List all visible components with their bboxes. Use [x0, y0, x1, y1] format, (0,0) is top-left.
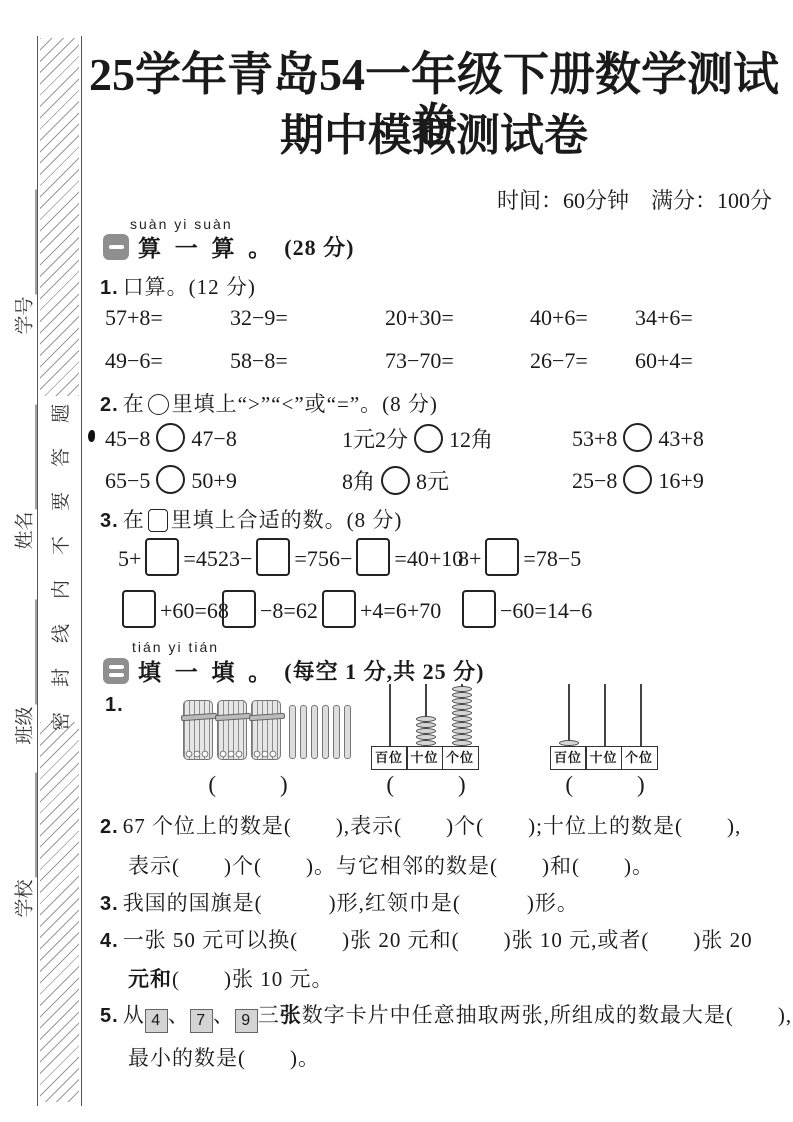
compare-item: 65−550+9 — [105, 465, 342, 496]
seal-band-char: 不 — [46, 526, 73, 565]
abacus-rod — [604, 684, 606, 746]
pre-text: 56− — [318, 546, 352, 571]
bundle-tie — [215, 713, 251, 721]
section2-points: (每空 1 分,共 25 分) — [284, 655, 484, 686]
right-expression: 43+8 — [658, 426, 703, 451]
seal-band-hatch-top — [40, 38, 79, 396]
question-number: 1. — [100, 277, 119, 299]
abacus-bead-stack — [416, 716, 436, 746]
pre-text: 5+ — [118, 546, 141, 571]
section2-header: 填 一 填 。 (每空 1 分,共 25 分) — [103, 654, 484, 687]
field-class: 班级 — [13, 580, 37, 745]
single-stick — [344, 705, 351, 759]
s2-q3-line1: 3.我国的国旗是( )形,红领巾是( )形。 — [100, 887, 579, 917]
field-label: 学校 — [10, 879, 37, 917]
field-label: 学号 — [10, 296, 37, 334]
post-text: =78−5 — [523, 546, 581, 571]
fill-box-item: 23−=7 — [218, 538, 318, 576]
question-text: ( )张 10 元。 — [172, 967, 334, 991]
section2-number-badge — [103, 658, 129, 684]
answer-blank: ( ) — [381, 766, 477, 799]
question-text: 我国的国旗是( )形,红领巾是( )形。 — [123, 891, 579, 915]
left-expression: 8角 — [342, 469, 375, 494]
right-expression: 16+9 — [658, 468, 703, 493]
compare-item: 1元2分12角 — [342, 423, 572, 454]
stick-bundle — [217, 700, 247, 760]
write-line — [30, 599, 37, 704]
fill-box-icon — [356, 538, 390, 576]
bundle-stick-ends — [219, 750, 243, 758]
expression: 40+6= — [530, 305, 635, 331]
expression: 73−70= — [385, 348, 530, 374]
question-text: 口算。(12 分) — [123, 275, 256, 299]
question-text: 三 — [258, 1003, 280, 1027]
compare-item: 8角8元 — [342, 465, 572, 496]
place-value-abacus-2: 百位十位个位 — [551, 684, 661, 770]
badge-bar — [109, 665, 124, 669]
seal-band-char: 题 — [46, 394, 73, 433]
abacus-bead-stack — [559, 740, 579, 746]
abacus-rod — [640, 684, 642, 746]
fill-box-icon — [256, 538, 290, 576]
badge-bar — [109, 673, 124, 677]
s1-q3-row2: +60=68−8=62+4=6+70−60=14−6 — [118, 590, 793, 628]
abacus-bead — [559, 740, 579, 746]
compare-circle-icon — [381, 466, 410, 495]
post-text: −60=14−6 — [500, 598, 592, 623]
field-student-id: 学号 — [13, 170, 37, 335]
s2-q5-line2: 最小的数是( )。 — [128, 1042, 320, 1072]
write-line — [30, 404, 37, 509]
section1-number-badge — [103, 234, 129, 260]
left-expression: 1元2分 — [342, 427, 408, 452]
fill-box-item: 5+=45 — [118, 538, 218, 576]
section2-pinyin: tián yi tián — [132, 639, 219, 655]
single-stick — [322, 705, 329, 759]
s1-q3-prompt: 3.在里填上合适的数。(8 分) — [100, 504, 402, 534]
fill-box-icon — [122, 590, 156, 628]
question-text: 一张 50 元可以换( )张 20 元和( )张 10 元,或者( )张 20 — [123, 928, 753, 952]
section1-title: 算 一 算 。 — [138, 230, 275, 263]
expression: 26−7= — [530, 348, 635, 374]
question-text: 表示( )个( )。与它相邻的数是( )和( )。 — [128, 854, 654, 878]
seal-band-left-line — [37, 36, 38, 1106]
field-label: 班级 — [10, 706, 37, 744]
digit-card: 9 — [235, 1009, 258, 1033]
post-text: =45 — [183, 546, 217, 571]
compare-circle-icon — [148, 394, 169, 415]
single-stick — [289, 705, 296, 759]
s2-q5-line1: 5.从4、7、9三张数字卡片中任意抽取两张,所组成的数最大是( ), — [100, 999, 792, 1033]
digit-card: 7 — [190, 1009, 213, 1033]
expression: 20+30= — [385, 305, 530, 331]
fill-box-icon — [322, 590, 356, 628]
question-number: 5. — [100, 1005, 119, 1027]
s2-q4-line1: 4.一张 50 元可以换( )张 20 元和( )张 10 元,或者( )张 2… — [100, 924, 753, 954]
section1-header: 算 一 算 。 (28 分) — [103, 230, 354, 263]
fill-box-item: +4=6+70 — [318, 590, 458, 628]
compare-circle-icon — [623, 465, 652, 494]
right-expression: 50+9 — [191, 468, 236, 493]
expression: 60+4= — [635, 348, 693, 374]
single-stick — [333, 705, 340, 759]
separator: 、 — [213, 1003, 235, 1027]
question-number: 2. — [100, 816, 119, 838]
compare-circle-icon — [623, 423, 652, 452]
digit-card: 4 — [145, 1009, 168, 1033]
expression: 34+6= — [635, 305, 693, 331]
badge-bar — [109, 245, 124, 249]
field-school: 学校 — [13, 753, 37, 918]
question-number: 4. — [100, 930, 119, 952]
s2-q4-line2: 元和( )张 10 元。 — [128, 963, 334, 993]
question-text: 里填上合适的数。(8 分) — [171, 508, 403, 532]
right-expression: 8元 — [416, 469, 449, 494]
pre-text: 23− — [218, 546, 252, 571]
exam-title-line2: 期中模拟测试卷 — [88, 112, 780, 160]
exam-page: 学号 姓名 班级 学校 25学年青岛54一年级下册数学测试卷 期中模拟测试卷 时… — [0, 0, 793, 1122]
fill-box-item: −60=14−6 — [458, 590, 592, 628]
question-text-bold: 张 — [280, 1004, 302, 1027]
fill-box-icon — [145, 538, 179, 576]
abacus-bead — [416, 740, 436, 746]
s1-q2-prompt: 2.在里填上“>”“<”或“=”。(8 分) — [100, 388, 438, 418]
s2-q2-line1: 2.67 个位上的数是( ),表示( )个( );十位上的数是( ), — [100, 810, 741, 840]
fill-box-item: +60=68 — [118, 590, 218, 628]
section2-title: 填 一 填 。 — [138, 654, 275, 687]
abacus-rods — [551, 684, 661, 746]
question-number: 2. — [100, 394, 119, 416]
place-value-abacus-1: 百位十位个位 — [372, 684, 482, 770]
s1-q1-row2: 49−6=58−8=73−70=26−7=60+4= — [105, 348, 783, 374]
compare-circle-icon — [156, 423, 185, 452]
abacus-bead-stack — [452, 686, 472, 746]
question-text: 在 — [123, 508, 145, 532]
abacus-bead — [452, 740, 472, 746]
compare-item: 45−847−8 — [105, 423, 342, 454]
separator: 、 — [168, 1003, 190, 1027]
question-text: 最小的数是( )。 — [128, 1046, 320, 1070]
s1-q2-row2: 65−550+98角8元25−816+9 — [105, 465, 783, 496]
exam-info: 时间：60分钟 满分：100分 — [380, 184, 772, 215]
answer-blank: ( ) — [560, 766, 656, 799]
seal-band-char: 要 — [46, 482, 73, 521]
post-text: −8=62 — [260, 598, 318, 623]
seal-band-hatch-bottom — [40, 722, 79, 1102]
question-text-bold: 元和 — [128, 968, 172, 991]
question-number: 3. — [100, 510, 119, 532]
field-label: 姓名 — [10, 511, 37, 549]
right-expression: 12角 — [449, 427, 493, 452]
s2-q1-number: 1. — [105, 692, 128, 717]
post-text: =7 — [294, 546, 317, 571]
seal-band-right-line — [81, 36, 82, 1106]
counting-sticks-picture — [183, 700, 323, 766]
question-text: 从 — [123, 1003, 145, 1027]
left-expression: 45−8 — [105, 426, 150, 451]
expression: 49−6= — [105, 348, 230, 374]
expression: 57+8= — [105, 305, 230, 331]
pre-text: 8+ — [458, 546, 481, 571]
s1-q2-row1: 45−847−81元2分12角53+843+8 — [105, 423, 783, 454]
s2-q2-line2: 表示( )个( )。与它相邻的数是( )和( )。 — [128, 850, 654, 880]
seal-band-char: 封 — [46, 658, 73, 697]
right-expression: 47−8 — [191, 426, 236, 451]
stick-bundle — [251, 700, 281, 760]
ink-mark — [88, 430, 95, 442]
fill-box-item: 56−=40+10 — [318, 538, 458, 576]
write-line — [30, 189, 37, 294]
abacus-rod — [568, 684, 570, 746]
seal-band-char: 答 — [46, 438, 73, 477]
fill-box-item: 8+=78−5 — [458, 538, 581, 576]
fill-box-item: −8=62 — [218, 590, 318, 628]
question-text: 数字卡片中任意抽取两张,所组成的数最大是( ), — [302, 1003, 793, 1027]
field-student-name: 姓名 — [13, 385, 37, 550]
compare-item: 53+843+8 — [572, 423, 704, 454]
section1-points: (28 分) — [284, 231, 354, 262]
post-text: +4=6+70 — [360, 598, 441, 623]
post-text: =40+10 — [394, 546, 463, 571]
s1-q1-row1: 57+8=32−9=20+30=40+6=34+6= — [105, 305, 783, 331]
compare-item: 25−816+9 — [572, 465, 704, 496]
question-number: 1. — [105, 694, 124, 716]
single-stick — [300, 705, 307, 759]
stick-bundle — [183, 700, 213, 760]
abacus-rod — [389, 684, 391, 746]
answer-blank: ( ) — [203, 766, 299, 799]
compare-circle-icon — [156, 465, 185, 494]
compare-circle-icon — [414, 424, 443, 453]
fill-box-icon — [148, 509, 168, 532]
left-expression: 25−8 — [572, 468, 617, 493]
bundle-tie — [249, 713, 285, 721]
write-line — [30, 772, 37, 877]
question-number: 3. — [100, 893, 119, 915]
left-expression: 65−5 — [105, 468, 150, 493]
bundle-stick-ends — [185, 750, 209, 758]
s1-q3-row1: 5+=4523−=756−=40+108+=78−5 — [118, 538, 793, 576]
question-text: 里填上“>”“<”或“=”。(8 分) — [172, 392, 438, 416]
bundle-tie — [181, 713, 217, 721]
single-stick — [311, 705, 318, 759]
expression: 32−9= — [230, 305, 385, 331]
left-expression: 53+8 — [572, 426, 617, 451]
s1-q1-prompt: 1.口算。(12 分) — [100, 271, 256, 301]
fill-box-icon — [462, 590, 496, 628]
bundle-stick-ends — [253, 750, 277, 758]
abacus-rods — [372, 684, 482, 746]
fill-box-icon — [485, 538, 519, 576]
seal-band-char: 线 — [46, 614, 73, 653]
seal-band-char: 内 — [46, 570, 73, 609]
fill-box-icon — [222, 590, 256, 628]
seal-band-char: 密 — [46, 702, 73, 741]
question-text: 67 个位上的数是( ),表示( )个( );十位上的数是( ), — [123, 814, 742, 838]
expression: 58−8= — [230, 348, 385, 374]
question-text: 在 — [123, 392, 145, 416]
